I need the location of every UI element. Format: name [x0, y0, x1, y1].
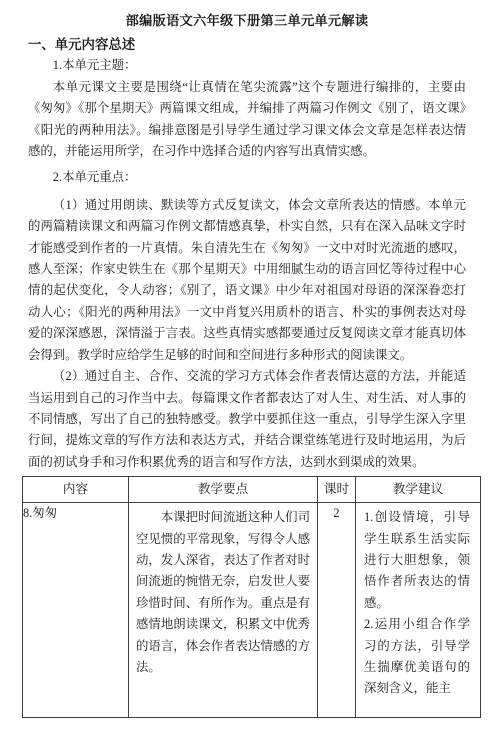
table-header-hours: 课时: [318, 477, 356, 503]
document-title: 部编版语文六年级下册第三单元单元解读: [28, 8, 466, 34]
paragraph-unit-focus-point2: （2）通过自主、合作、交流的学习方式体会作者表情达意的方法，并能适当运用到自己的…: [28, 366, 466, 473]
table-row: 8.匆匆 本课把时间流逝这种人们司空见惯的平常现象，写得令人感动，发人深省，表达…: [23, 503, 481, 718]
teaching-points-text-block: 本课把时间流逝这种人们司空见惯的平常现象，写得令人感动，发人深省，表达了作者对时…: [129, 503, 317, 717]
table-header-suggestions: 教学建议: [356, 477, 481, 503]
suggestion-item-1: 1.创设情境，引导学生联系生活实际进行大胆想象，领悟作者所表达的情感。: [364, 507, 470, 614]
suggestions-text-block: 1.创设情境，引导学生联系生活实际进行大胆想象，领悟作者所表达的情感。 2.运用…: [356, 503, 480, 717]
section-heading: 一、单元内容总述: [28, 34, 466, 55]
cell-suggestions: 1.创设情境，引导学生联系生活实际进行大胆想象，领悟作者所表达的情感。 2.运用…: [356, 503, 481, 718]
document-page: 部编版语文六年级下册第三单元单元解读 一、单元内容总述 1.本单元主题： 本单元…: [0, 0, 492, 746]
table-header-row: 内容 教学要点 课时 教学建议: [23, 477, 481, 503]
paragraph-unit-theme-body: 本单元课文主要是围绕“让真情在笔尖流露”这个专题进行编排的，主要由《匆匆》《那个…: [28, 77, 466, 163]
table-header-teaching-points: 教学要点: [129, 477, 318, 503]
paragraph-unit-focus-point1: （1）通过用朗读、默读等方式反复读文，体会文章所表达的情感。本单元的两篇精读课文…: [28, 195, 466, 366]
paragraph-unit-theme-label: 1.本单元主题：: [28, 55, 466, 76]
cell-lesson-title: 8.匆匆: [23, 503, 129, 718]
unit-plan-table: 内容 教学要点 课时 教学建议 8.匆匆 本课把时间流逝这种人们司空见惯的平常现…: [22, 476, 481, 718]
suggestion-item-2: 2.运用小组合作学习的方法，引导学生揣摩优美语句的深刻含义，能主: [364, 614, 470, 700]
cell-class-hours: 2: [318, 503, 356, 718]
cell-teaching-points: 本课把时间流逝这种人们司空见惯的平常现象，写得令人感动，发人深省，表达了作者对时…: [129, 503, 318, 718]
table-header-content: 内容: [23, 477, 129, 503]
paragraph-unit-focus-label: 2.本单元重点：: [28, 167, 466, 188]
teaching-points-paragraph: 本课把时间流逝这种人们司空见惯的平常现象，写得令人感动，发人深省，表达了作者对时…: [136, 507, 310, 678]
